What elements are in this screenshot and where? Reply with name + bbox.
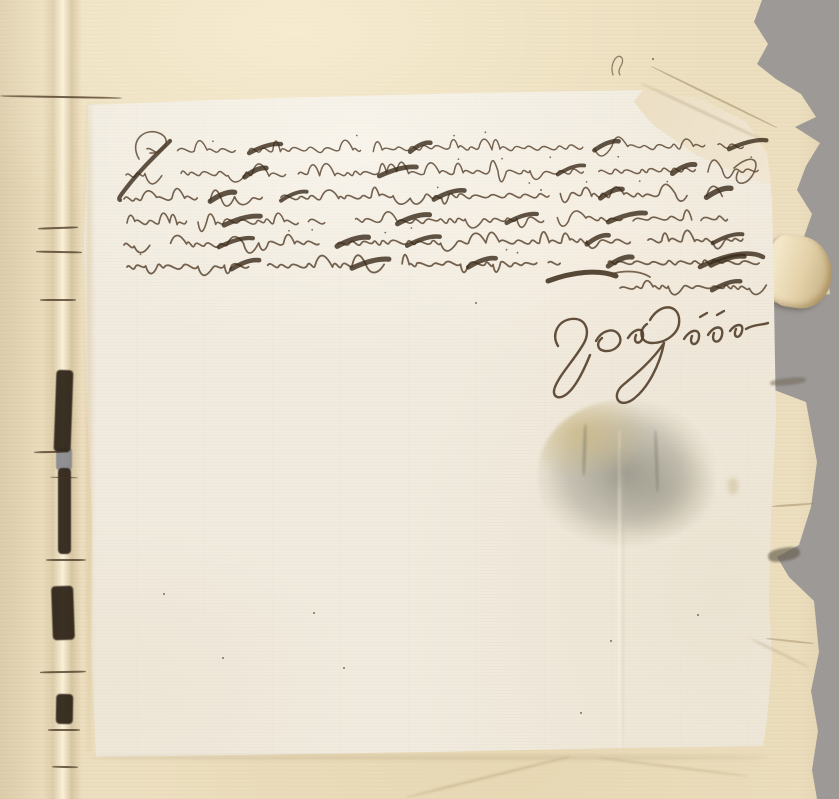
tear-crack	[40, 299, 76, 301]
crease-shadow	[90, 756, 766, 759]
paper-speck	[343, 667, 345, 669]
paper-speck	[610, 640, 612, 642]
paper-speck	[222, 657, 224, 659]
crease-shadow	[582, 424, 587, 476]
tear-crack	[38, 226, 78, 229]
stitch-gap	[51, 586, 75, 641]
stitch-gap	[56, 694, 74, 724]
tear-crack	[40, 671, 86, 673]
crease-shadow	[770, 376, 807, 387]
tear-crack	[46, 559, 86, 561]
crease-shadow	[598, 757, 747, 777]
paper-speck	[313, 612, 315, 614]
crease-shadow	[618, 430, 621, 750]
photo-backdrop	[0, 0, 839, 799]
crease-shadow	[766, 637, 814, 644]
tear-crack	[0, 95, 122, 99]
paper-speck	[475, 302, 477, 304]
paper-speck	[540, 189, 542, 191]
tear-crack	[48, 729, 80, 731]
crease-shadow	[406, 756, 569, 799]
tear-crack	[52, 766, 78, 768]
damage-layer	[0, 0, 839, 799]
paper-speck	[652, 58, 654, 60]
crease-shadow	[654, 430, 659, 492]
crease-shadow	[767, 545, 801, 563]
crease-shadow	[728, 478, 738, 494]
stitch-gap	[58, 468, 71, 554]
paper-speck	[163, 593, 165, 595]
stitch-gap	[54, 370, 74, 453]
crease-shadow	[622, 430, 624, 750]
paper-speck	[580, 712, 582, 714]
crease-shadow	[86, 104, 92, 754]
tear-crack	[36, 251, 82, 253]
crease-shadow	[772, 503, 814, 508]
paper-speck	[697, 614, 699, 616]
